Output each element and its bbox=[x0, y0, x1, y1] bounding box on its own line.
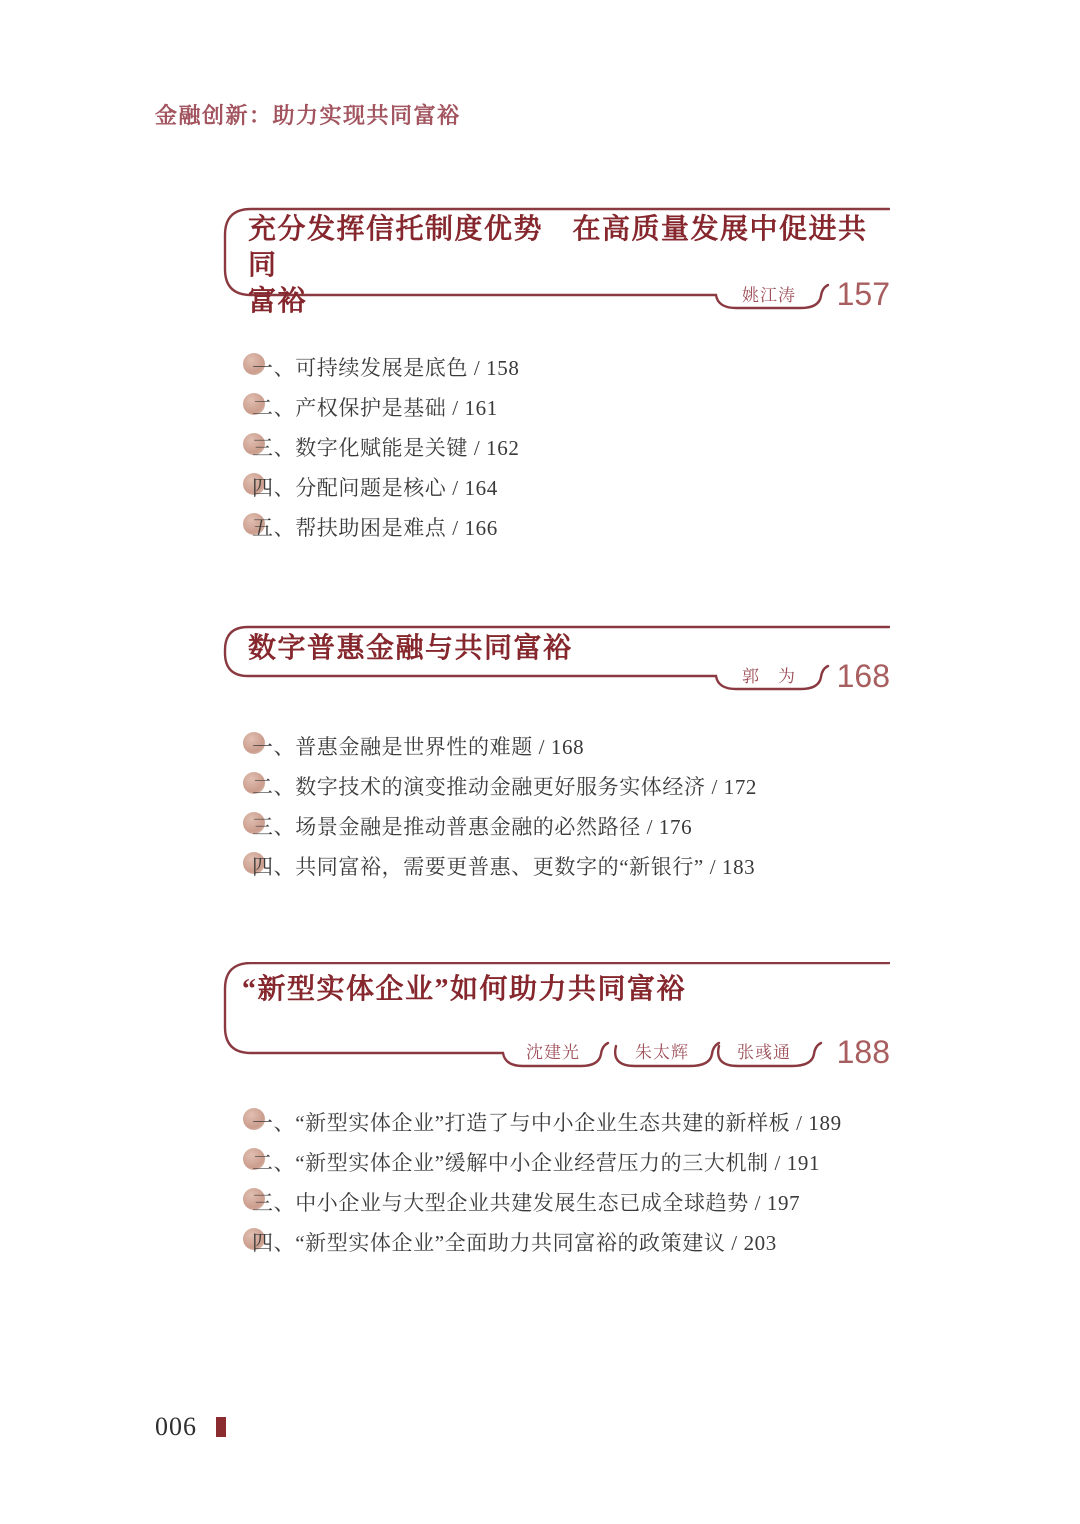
toc-item: 二、产权保护是基础 / 161 bbox=[252, 397, 498, 420]
footer-accent-bar bbox=[216, 1417, 226, 1437]
author-tab: 沈建光 bbox=[505, 1044, 601, 1061]
toc-item: 五、帮扶助困是难点 / 166 bbox=[252, 517, 498, 540]
toc-section-1: 充分发挥信托制度优势 在高质量发展中促进共同 富裕 姚江涛 157 一、可持续发… bbox=[222, 207, 890, 552]
toc-item: 一、“新型实体企业”打造了与中小企业生态共建的新样板 / 189 bbox=[252, 1112, 842, 1135]
toc-item: 四、分配问题是核心 / 164 bbox=[252, 477, 498, 500]
section-title: “新型实体企业”如何助力共同富裕 bbox=[242, 972, 882, 1008]
toc-item: 一、可持续发展是底色 / 158 bbox=[252, 357, 519, 380]
running-head: 金融创新：助力实现共同富裕 bbox=[155, 99, 461, 130]
toc-item: 二、数字技术的演变推动金融更好服务实体经济 / 172 bbox=[252, 776, 757, 799]
section-page-number: 168 bbox=[762, 658, 890, 695]
toc-item: 二、“新型实体企业”缓解中小企业经营压力的三大机制 / 191 bbox=[252, 1152, 820, 1175]
toc-item: 三、中小企业与大型企业共建发展生态已成全球趋势 / 197 bbox=[252, 1192, 800, 1215]
toc-item: 一、普惠金融是世界性的难题 / 168 bbox=[252, 736, 584, 759]
section-page-number: 188 bbox=[762, 1034, 890, 1071]
folio-page-number: 006 bbox=[155, 1412, 197, 1442]
toc-item: 四、“新型实体企业”全面助力共同富裕的政策建议 / 203 bbox=[252, 1232, 777, 1255]
section-page-number: 157 bbox=[762, 276, 890, 313]
toc-section-3: “新型实体企业”如何助力共同富裕 沈建光 朱太辉 张彧通 188 一、“新型实体… bbox=[222, 962, 890, 1267]
toc-item: 三、场景金融是推动普惠金融的必然路径 / 176 bbox=[252, 816, 692, 839]
author-tab: 朱太辉 bbox=[614, 1044, 710, 1061]
toc-item: 三、数字化赋能是关键 / 162 bbox=[252, 437, 519, 460]
toc-section-2: 数字普惠金融与共同富裕 郭 为 168 一、普惠金融是世界性的难题 / 168 … bbox=[222, 625, 890, 890]
toc-item: 四、共同富裕，需要更普惠、更数字的“新银行” / 183 bbox=[252, 856, 755, 879]
